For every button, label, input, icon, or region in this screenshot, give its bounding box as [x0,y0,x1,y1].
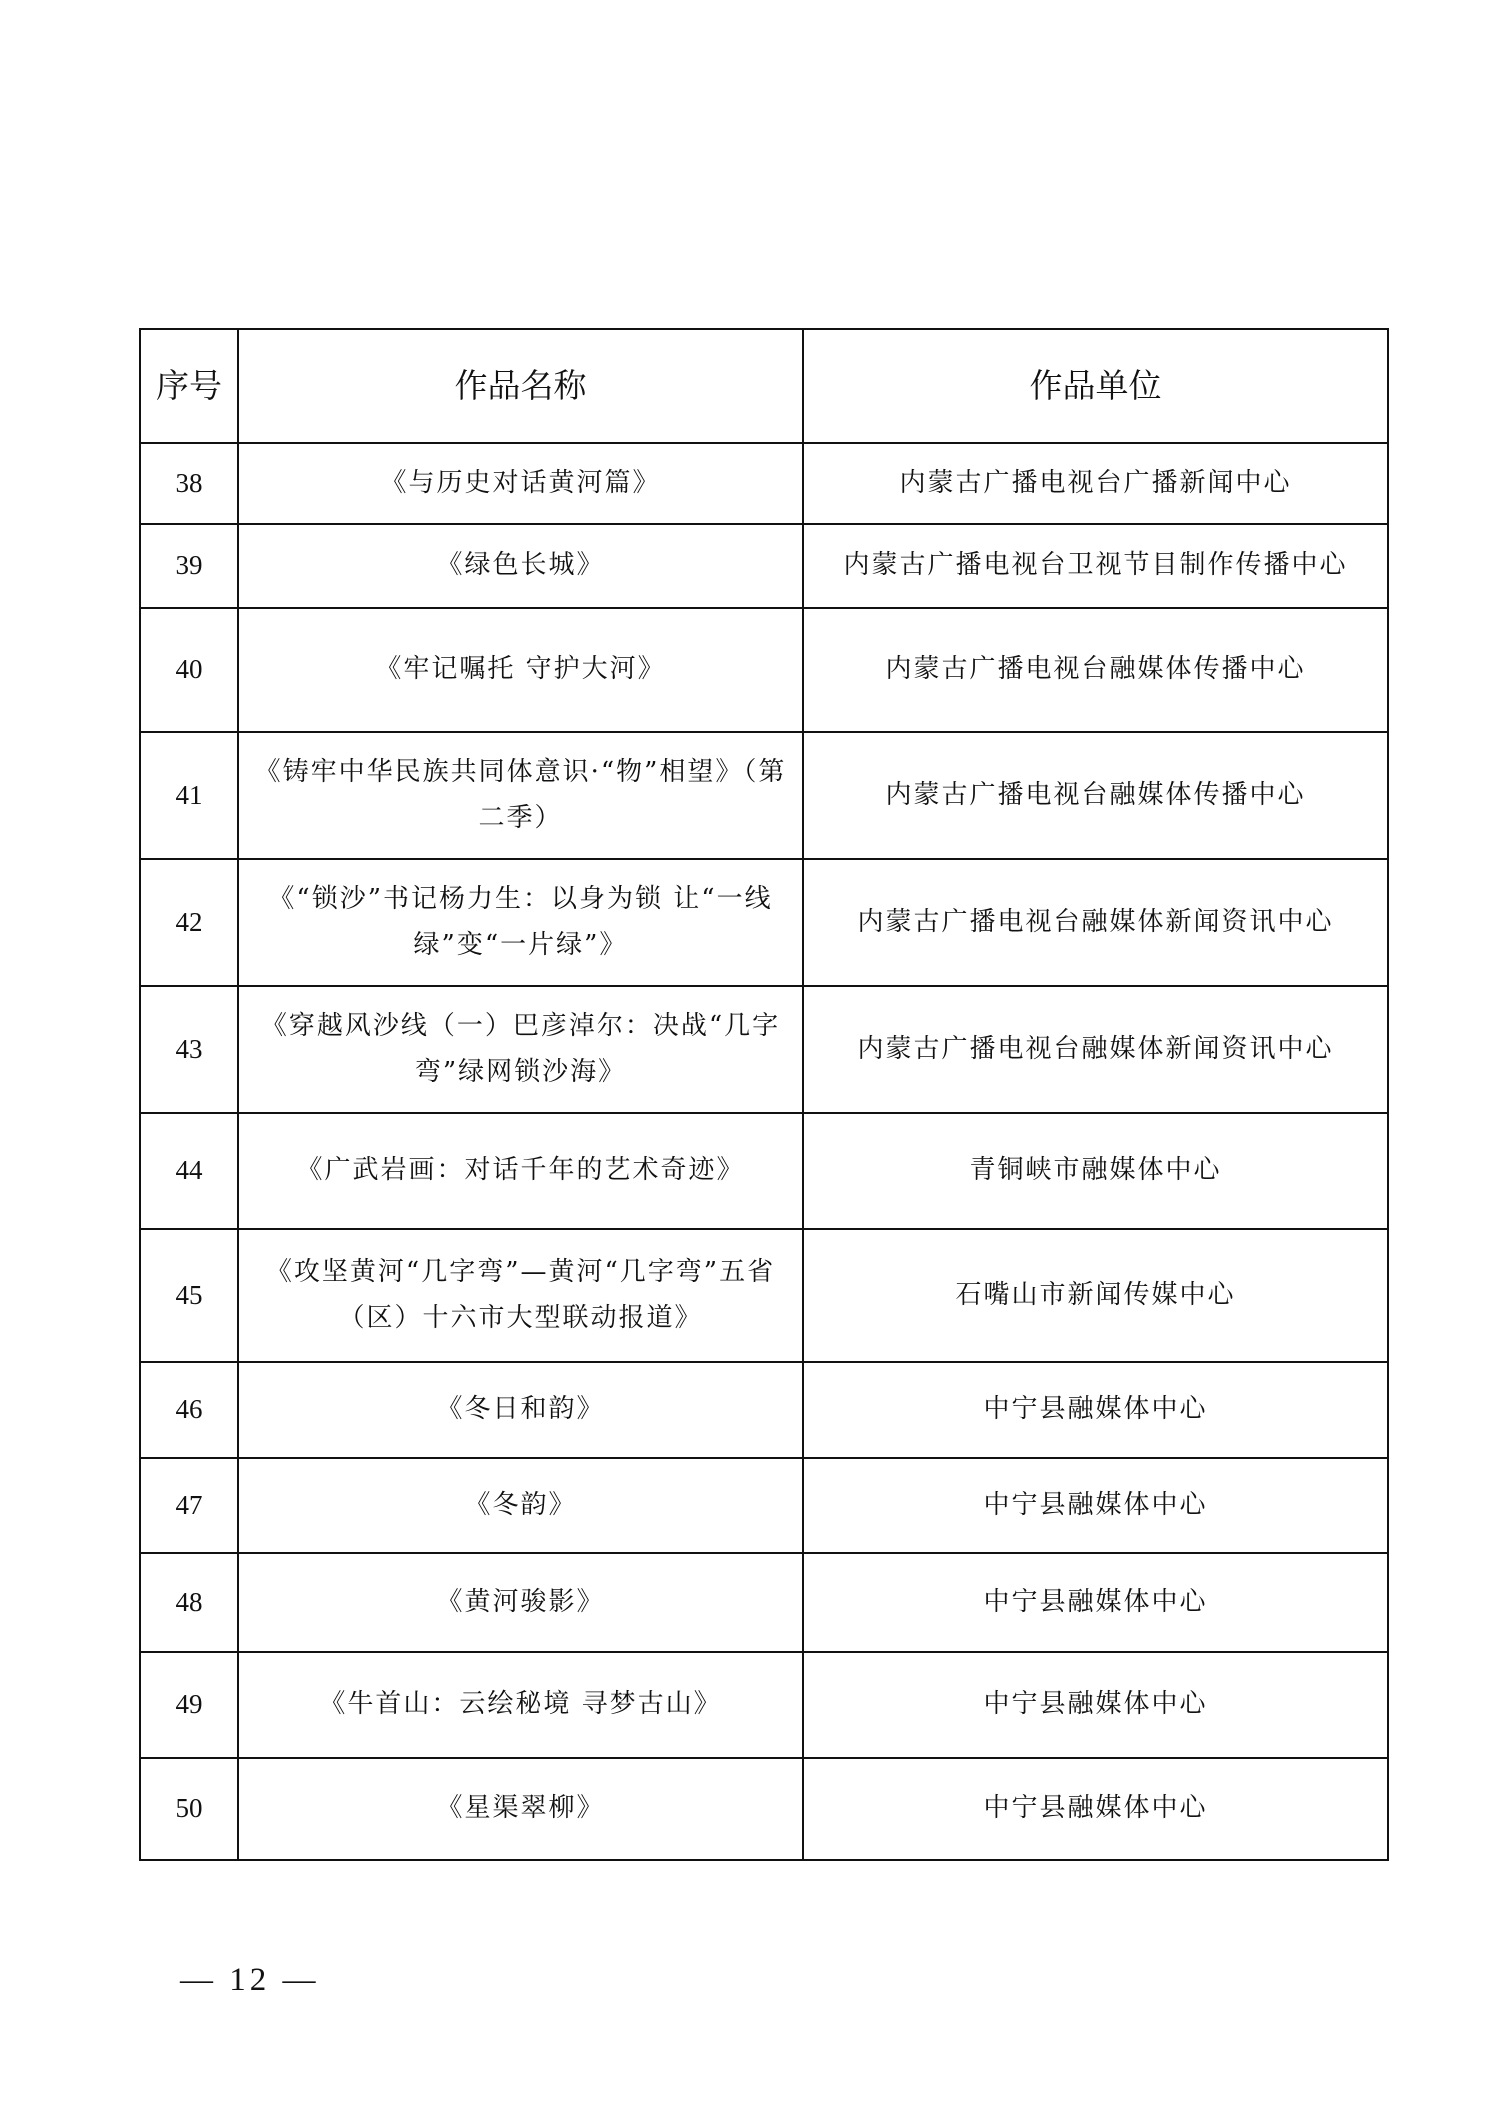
work-unit-cell: 青铜峡市融媒体中心 [803,1113,1388,1229]
serial-cell: 45 [140,1229,238,1362]
header-work-name: 作品名称 [238,329,803,443]
serial-cell: 38 [140,443,238,524]
work-unit-cell: 内蒙古广播电视台融媒体新闻资讯中心 [803,859,1388,986]
work-unit-cell: 内蒙古广播电视台融媒体传播中心 [803,608,1388,732]
work-name-cell: 《攻坚黄河“几字弯”—黄河“几字弯”五省（区）十六市大型联动报道》 [238,1229,803,1362]
table-header-row: 序号 作品名称 作品单位 [140,329,1388,443]
work-name-cell: 《铸牢中华民族共同体意识·“物”相望》（第二季） [238,732,803,859]
work-name-cell: 《与历史对话黄河篇》 [238,443,803,524]
work-name-cell: 《冬日和韵》 [238,1362,803,1458]
serial-cell: 49 [140,1652,238,1758]
serial-cell: 47 [140,1458,238,1553]
serial-cell: 39 [140,524,238,608]
table-row: 46 《冬日和韵》 中宁县融媒体中心 [140,1362,1388,1458]
works-table: 序号 作品名称 作品单位 38 《与历史对话黄河篇》 内蒙古广播电视台广播新闻中… [139,328,1389,1861]
table-row: 45 《攻坚黄河“几字弯”—黄河“几字弯”五省（区）十六市大型联动报道》 石嘴山… [140,1229,1388,1362]
work-unit-cell: 中宁县融媒体中心 [803,1553,1388,1652]
work-name-cell: 《牢记嘱托 守护大河》 [238,608,803,732]
table-row: 38 《与历史对话黄河篇》 内蒙古广播电视台广播新闻中心 [140,443,1388,524]
work-name-cell: 《绿色长城》 [238,524,803,608]
work-unit-cell: 内蒙古广播电视台融媒体新闻资讯中心 [803,986,1388,1113]
work-unit-cell: 中宁县融媒体中心 [803,1362,1388,1458]
work-unit-cell: 中宁县融媒体中心 [803,1758,1388,1860]
header-serial: 序号 [140,329,238,443]
serial-cell: 40 [140,608,238,732]
serial-cell: 50 [140,1758,238,1860]
work-name-cell: 《“锁沙”书记杨力生：以身为锁 让“一线绿”变“一片绿”》 [238,859,803,986]
page-number: — 12 — [180,1962,320,1999]
serial-cell: 41 [140,732,238,859]
serial-cell: 44 [140,1113,238,1229]
work-name-cell: 《广武岩画：对话千年的艺术奇迹》 [238,1113,803,1229]
table-row: 49 《牛首山：云绘秘境 寻梦古山》 中宁县融媒体中心 [140,1652,1388,1758]
serial-cell: 48 [140,1553,238,1652]
table-row: 44 《广武岩画：对话千年的艺术奇迹》 青铜峡市融媒体中心 [140,1113,1388,1229]
work-name-cell: 《冬韵》 [238,1458,803,1553]
serial-cell: 46 [140,1362,238,1458]
work-unit-cell: 中宁县融媒体中心 [803,1458,1388,1553]
table-row: 47 《冬韵》 中宁县融媒体中心 [140,1458,1388,1553]
table-row: 48 《黄河骏影》 中宁县融媒体中心 [140,1553,1388,1652]
table-row: 50 《星渠翠柳》 中宁县融媒体中心 [140,1758,1388,1860]
serial-cell: 42 [140,859,238,986]
table-row: 40 《牢记嘱托 守护大河》 内蒙古广播电视台融媒体传播中心 [140,608,1388,732]
work-name-cell: 《牛首山：云绘秘境 寻梦古山》 [238,1652,803,1758]
work-name-cell: 《黄河骏影》 [238,1553,803,1652]
work-unit-cell: 内蒙古广播电视台卫视节目制作传播中心 [803,524,1388,608]
work-unit-cell: 内蒙古广播电视台广播新闻中心 [803,443,1388,524]
work-name-cell: 《穿越风沙线（一）巴彦淖尔：决战“几字弯”绿网锁沙海》 [238,986,803,1113]
table-row: 43 《穿越风沙线（一）巴彦淖尔：决战“几字弯”绿网锁沙海》 内蒙古广播电视台融… [140,986,1388,1113]
work-unit-cell: 内蒙古广播电视台融媒体传播中心 [803,732,1388,859]
work-unit-cell: 石嘴山市新闻传媒中心 [803,1229,1388,1362]
table-row: 42 《“锁沙”书记杨力生：以身为锁 让“一线绿”变“一片绿”》 内蒙古广播电视… [140,859,1388,986]
table-row: 39 《绿色长城》 内蒙古广播电视台卫视节目制作传播中心 [140,524,1388,608]
header-work-unit: 作品单位 [803,329,1388,443]
work-unit-cell: 中宁县融媒体中心 [803,1652,1388,1758]
work-name-cell: 《星渠翠柳》 [238,1758,803,1860]
table-row: 41 《铸牢中华民族共同体意识·“物”相望》（第二季） 内蒙古广播电视台融媒体传… [140,732,1388,859]
serial-cell: 43 [140,986,238,1113]
